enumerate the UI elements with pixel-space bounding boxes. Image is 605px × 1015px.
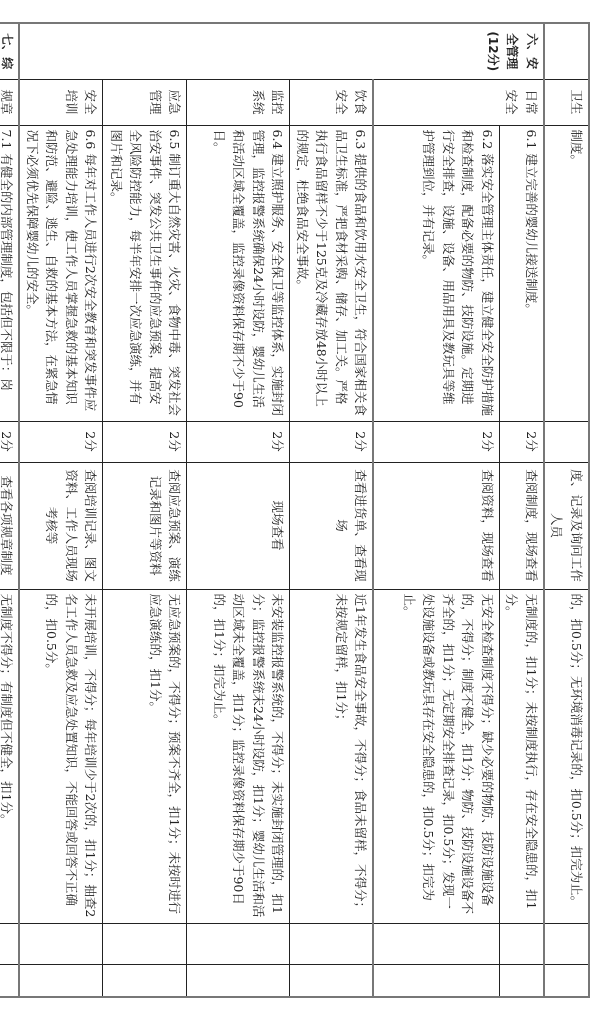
criteria-cell: 无应急预案的，不得分；预案不齐全，扣1分；未按时进行应急演练的，扣1分。 xyxy=(103,589,187,923)
method-cell: 现场查看 xyxy=(187,462,290,589)
content-cell: 6.6 每年对工作人员进行2次安全教育和突发事件应急处理能力培训，使工作人员掌握… xyxy=(20,125,104,421)
criteria-cell: 无安全检查制度不得分；缺少必要的物防、技防设施设备的，不得分；制度不健全，扣1分… xyxy=(374,589,500,923)
method-cell: 查阅应急预案、演练记录和图片等资料 xyxy=(103,462,187,589)
section-cell-prev xyxy=(544,23,589,79)
table-row-6-2: 6.2 落实安全管理主体责任，建立健全安全防护措施和检查制度，配备必要的物防、技… xyxy=(374,23,500,997)
empty-cell xyxy=(20,923,104,964)
criteria-cell: 的，扣0.5分；无环境消毒记录的，扣0.5分；扣完为止。 xyxy=(544,589,589,923)
empty-cell xyxy=(103,964,187,997)
section-seven-label: 七、综 xyxy=(0,23,20,79)
item-cell-daily-safety: 日常安全 xyxy=(374,79,545,125)
table-row-7-1: 七、综 规章 7.1 有健全的内部管理制度，包括但不限于：岗 2分 查看各项规章… xyxy=(0,23,20,997)
evaluation-table: 卫生 制度。 度、记录及询问工作人员 的，扣0.5分；无环境消毒记录的，扣0.5… xyxy=(0,22,590,998)
method-cell: 度、记录及询问工作人员 xyxy=(544,462,589,589)
score-cell: 2分 xyxy=(103,421,187,462)
content-cell: 6.4 建立照护服务、安全保卫等监控体系，实施封闭管理，监控报警系统确保24小时… xyxy=(187,125,290,421)
score-cell: 2分 xyxy=(0,421,20,462)
empty-cell xyxy=(544,923,589,964)
empty-cell xyxy=(187,964,290,997)
item-cell: 卫生 xyxy=(544,79,589,125)
empty-cell xyxy=(374,964,500,997)
method-cell: 查看各项规章制度 xyxy=(0,462,20,589)
criteria-cell: 近1年发生食品安全事故，不得分；食品未留样，不得分；未按规定留样，扣1分； xyxy=(290,589,374,923)
item-cell-emergency: 应急管理 xyxy=(103,79,187,125)
item-cell-food-safety: 饮食安全 xyxy=(290,79,374,125)
score-cell: 2分 xyxy=(20,421,104,462)
empty-cell xyxy=(187,923,290,964)
criteria-cell: 未开展培训，不得分；每年培训少于2次的，扣1分；抽查2名工作人员急救及应急处置知… xyxy=(20,589,104,923)
criteria-cell: 无制度的，扣1分；未按制度执行，存在安全隐患的，扣1分。 xyxy=(500,589,545,923)
table-row-6-5: 应急管理 6.5 制订重大自然灾害、火灾、食物中毒、突发社会治安事件、突发公共卫… xyxy=(103,23,187,997)
content-cell: 6.2 落实安全管理主体责任，建立健全安全防护措施和检查制度，配备必要的物防、技… xyxy=(374,125,500,421)
content-cell: 制度。 xyxy=(544,125,589,421)
section-six-label: 六、安全管理(12分) xyxy=(20,23,545,79)
empty-cell xyxy=(290,964,374,997)
method-cell: 查阅资料，现场查看 xyxy=(374,462,500,589)
table-row-6-6: 安全培训 6.6 每年对工作人员进行2次安全教育和突发事件应急处理能力培训，使工… xyxy=(20,23,104,997)
table-row-6-1: 六、安全管理(12分) 日常安全 6.1 建立完善的婴幼儿接送制度。 2分 查阅… xyxy=(500,23,545,997)
item-cell-safety-training: 安全培训 xyxy=(20,79,104,125)
content-cell: 6.5 制订重大自然灾害、火灾、食物中毒、突发社会治安事件、突发公共卫生事件的应… xyxy=(103,125,187,421)
score-cell: 2分 xyxy=(500,421,545,462)
empty-cell xyxy=(500,923,545,964)
criteria-cell: 无制度不得分；有制度但不健全，扣1分。 xyxy=(0,589,20,923)
rotated-document-page: 卫生 制度。 度、记录及询问工作人员 的，扣0.5分；无环境消毒记录的，扣0.5… xyxy=(16,22,590,996)
score-cell: 2分 xyxy=(290,421,374,462)
empty-cell xyxy=(290,923,374,964)
content-cell: 6.3 提供的食品和饮用水安全卫生，符合国家相关食品卫生标准，严把食材采购、储存… xyxy=(290,125,374,421)
score-cell: 2分 xyxy=(374,421,500,462)
item-cell-regulations: 规章 xyxy=(0,79,20,125)
empty-cell xyxy=(0,923,20,964)
empty-cell xyxy=(0,964,20,997)
method-cell: 查阅制度，现场查看 xyxy=(500,462,545,589)
empty-cell xyxy=(500,964,545,997)
score-cell xyxy=(544,421,589,462)
method-cell: 查看进货单、查看现场 xyxy=(290,462,374,589)
table-row-hygiene-tail: 卫生 制度。 度、记录及询问工作人员 的，扣0.5分；无环境消毒记录的，扣0.5… xyxy=(544,23,589,997)
table-row-6-3: 饮食安全 6.3 提供的食品和饮用水安全卫生，符合国家相关食品卫生标准，严把食材… xyxy=(290,23,374,997)
item-cell-monitoring: 监控系统 xyxy=(187,79,290,125)
score-cell: 2分 xyxy=(187,421,290,462)
criteria-cell: 未安装监控报警系统的，不得分；未实施封闭管理的，扣1分；监控报警系统未24小时设… xyxy=(187,589,290,923)
empty-cell xyxy=(103,923,187,964)
content-cell: 7.1 有健全的内部管理制度，包括但不限于：岗 xyxy=(0,125,20,421)
empty-cell xyxy=(544,964,589,997)
method-cell: 查阅培训记录、图文资料、工作人员现场考核等 xyxy=(20,462,104,589)
empty-cell xyxy=(20,964,104,997)
empty-cell xyxy=(374,923,500,964)
table-row-6-4: 监控系统 6.4 建立照护服务、安全保卫等监控体系，实施封闭管理，监控报警系统确… xyxy=(187,23,290,997)
content-cell: 6.1 建立完善的婴幼儿接送制度。 xyxy=(500,125,545,421)
